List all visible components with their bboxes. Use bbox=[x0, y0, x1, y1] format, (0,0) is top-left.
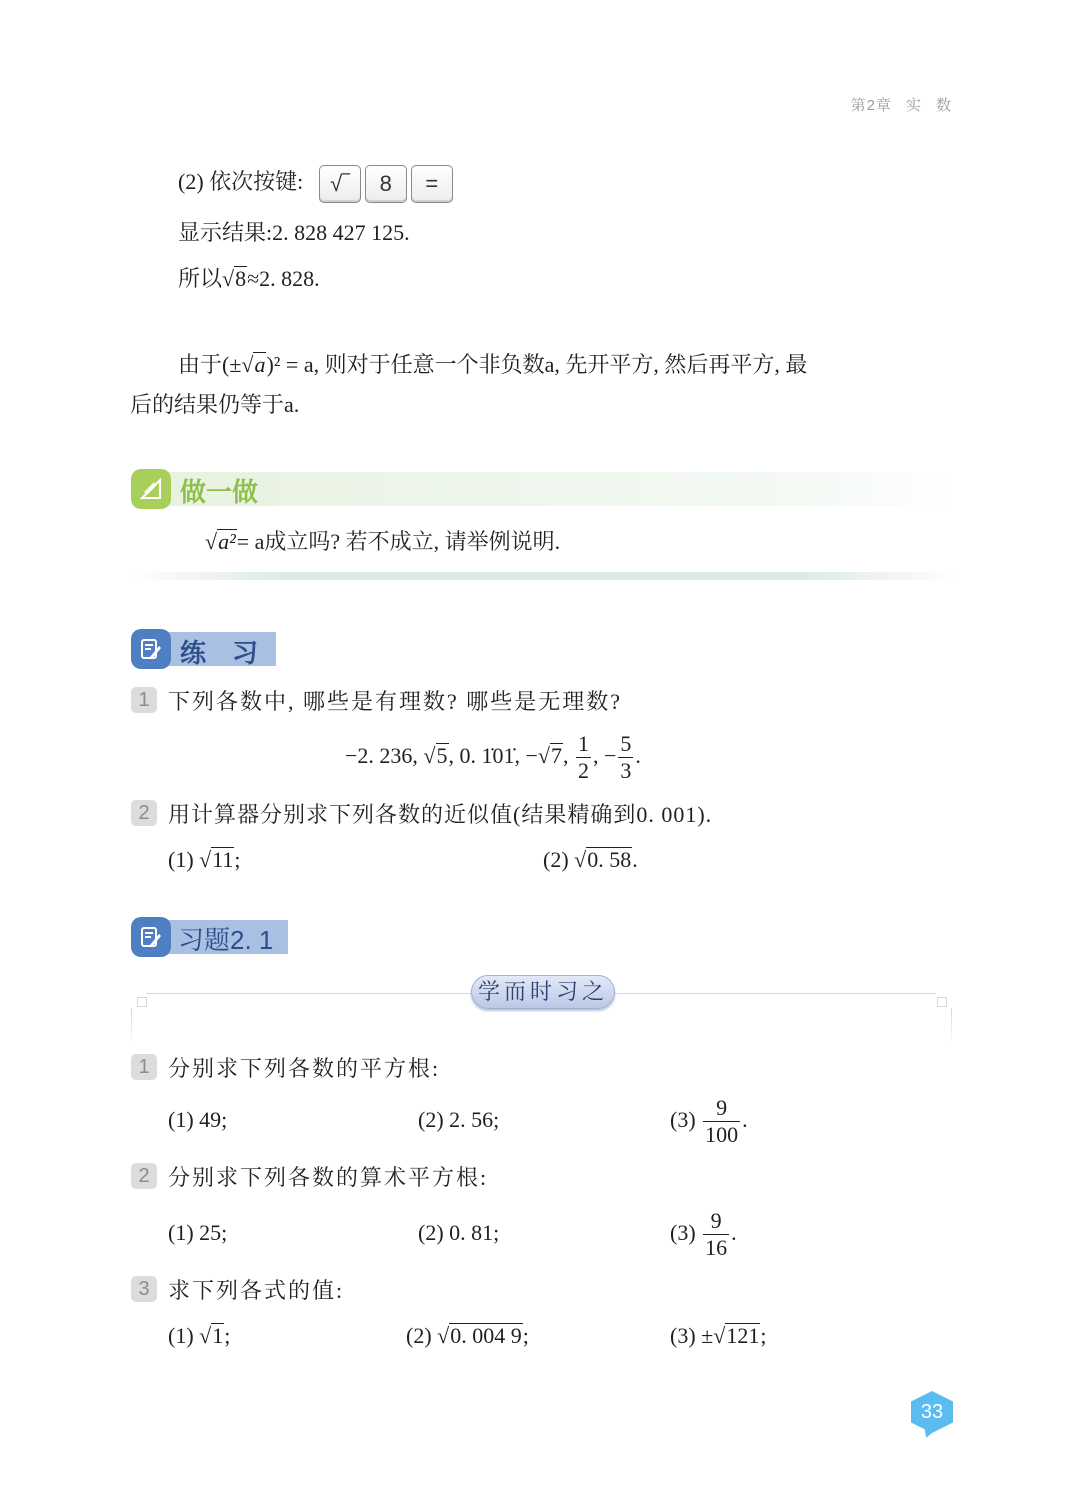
exercise-title: 习题2. 1 bbox=[178, 920, 273, 957]
frame-right-line bbox=[951, 1008, 952, 1048]
practice-q2-text: 用计算器分别求下列各数的近似值(结果精确到0. 001). bbox=[168, 800, 712, 830]
practice-title: 练 习 bbox=[180, 633, 258, 670]
question-number-badge: 2 bbox=[131, 1163, 157, 1189]
display-value: 2. 828 427 125. bbox=[272, 220, 410, 245]
question-number-badge: 1 bbox=[131, 687, 157, 713]
practice-q1-numbers: −2. 236, √5, 0. 1̇01̇, −√7, 12, −53. bbox=[345, 730, 641, 784]
example-step: (2) 依次按键: √‾8= bbox=[178, 165, 457, 203]
try-it-bottom-divider bbox=[130, 572, 958, 580]
chapter-title-2: 数 bbox=[936, 97, 952, 114]
frame-left-line bbox=[131, 1008, 132, 1048]
notepad-pencil-icon bbox=[131, 629, 171, 669]
notepad-pencil-icon bbox=[131, 917, 171, 957]
try-it-question: √a²= a成立吗? 若不成立, 请举例说明. bbox=[205, 527, 560, 557]
exercise-q1-text: 分别求下列各数的平方根: bbox=[168, 1054, 440, 1084]
exercise-q3-a: (1) √1; bbox=[168, 1321, 230, 1351]
practice-q2-b: (2) √0. 58. bbox=[543, 845, 638, 875]
sqrt-expression: √a² bbox=[205, 527, 237, 557]
display-result: 显示结果:2. 828 427 125. bbox=[178, 218, 410, 248]
chapter-header: 第2章实数 bbox=[851, 94, 952, 115]
try-it-title: 做一做 bbox=[180, 472, 258, 509]
eight-key: 8 bbox=[365, 165, 407, 203]
exercise-q3-b: (2) √0. 004 9; bbox=[406, 1321, 529, 1351]
sqrt-expression: √a bbox=[241, 350, 266, 380]
step-label: (2) 依次按键: bbox=[178, 169, 303, 194]
sqrt-expression: √8 bbox=[222, 264, 247, 294]
frame-corner-left bbox=[137, 997, 147, 1007]
question-number-badge: 2 bbox=[131, 800, 157, 826]
try-it-band bbox=[168, 472, 958, 506]
exercise-q3-text: 求下列各式的值: bbox=[168, 1276, 344, 1306]
chapter-number: 第2章 bbox=[851, 97, 892, 114]
paragraph-line-1: 由于(±√a)² = a, 则对于任意一个非负数a, 先开平方, 然后再平方, … bbox=[178, 350, 807, 380]
paragraph-line-2: 后的结果仍等于a. bbox=[130, 390, 299, 420]
page-number-badge: 33 bbox=[911, 1391, 953, 1433]
exercise-q2-text: 分别求下列各数的算术平方根: bbox=[168, 1163, 488, 1193]
conclusion: 所以√8≈2. 828. bbox=[178, 264, 320, 294]
exercise-q1-a: (1) 49; bbox=[168, 1105, 227, 1135]
exercise-q2-c: (3) 916. bbox=[670, 1205, 737, 1261]
practice-q1-text: 下列各数中, 哪些是有理数? 哪些是无理数? bbox=[168, 687, 622, 717]
practice-q2-a: (1) √11; bbox=[168, 845, 241, 875]
sqrt-key: √‾ bbox=[319, 165, 361, 203]
frame-corner-right bbox=[937, 997, 947, 1007]
chapter-title-1: 实 bbox=[906, 97, 922, 114]
question-number-badge: 3 bbox=[131, 1276, 157, 1302]
exercise-q2-b: (2) 0. 81; bbox=[418, 1218, 499, 1248]
exercise-q3-c: (3) ±√121; bbox=[670, 1321, 766, 1351]
exercise-q1-b: (2) 2. 56; bbox=[418, 1105, 499, 1135]
exercise-q1-c: (3) 9100. bbox=[670, 1092, 748, 1148]
pencil-ruler-icon bbox=[131, 469, 171, 509]
banner-pill: 学而时习之 bbox=[471, 975, 615, 1009]
equals-key: = bbox=[411, 165, 453, 203]
exercise-q2-a: (1) 25; bbox=[168, 1218, 227, 1248]
question-number-badge: 1 bbox=[131, 1054, 157, 1080]
